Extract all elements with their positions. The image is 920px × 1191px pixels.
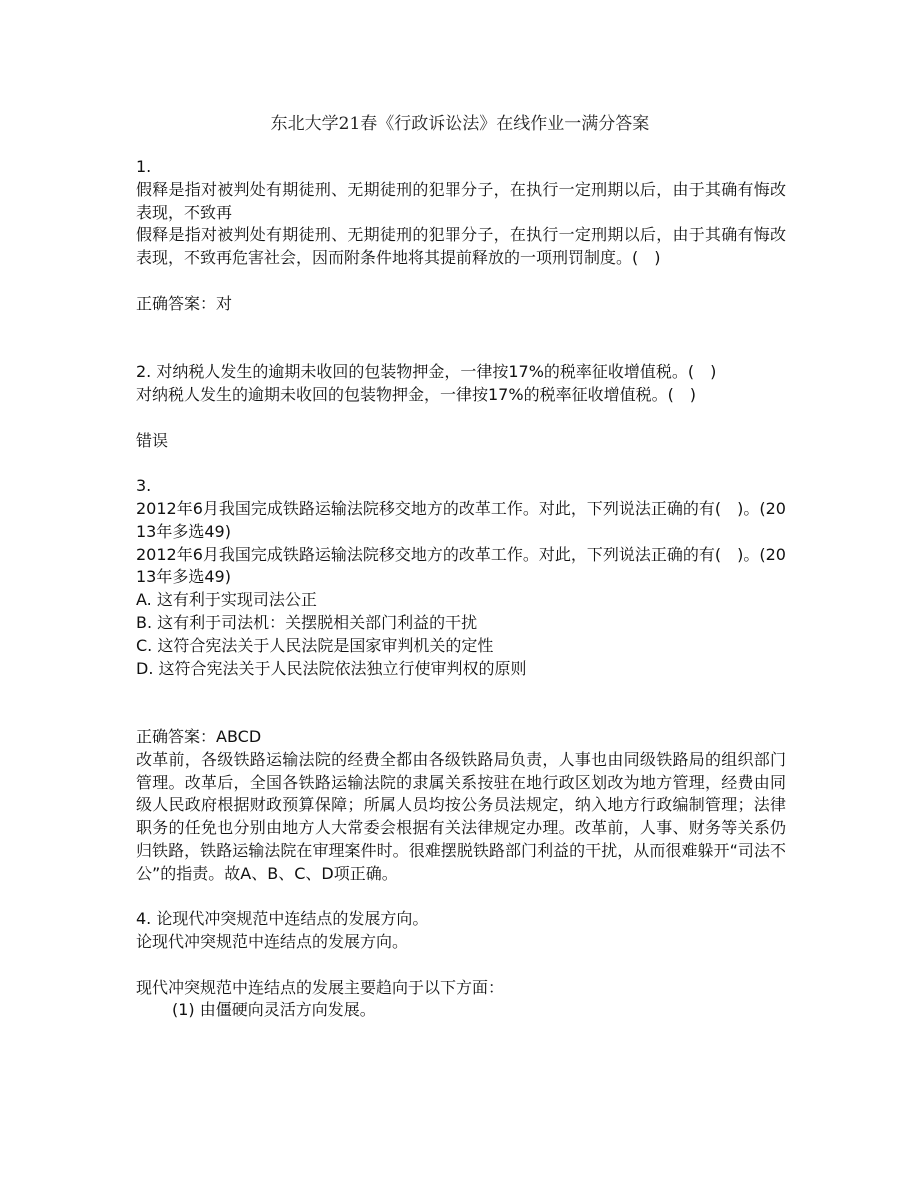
question-4-stem: 4. 论现代冲突规范中连结点的发展方向。	[136, 908, 786, 931]
question-1-stem-short: 假释是指对被判处有期徒刑、无期徒刑的犯罪分子，在执行一定刑期以后，由于其确有悔改…	[136, 179, 786, 225]
question-1-answer: 正确答案：对	[136, 293, 786, 316]
question-3-option-a: A. 这有利于实现司法公正	[136, 589, 786, 612]
question-3-stem-short: 2012年6月我国完成铁路运输法院移交地方的改革工作。对此，下列说法正确的有( …	[136, 498, 786, 544]
question-4-stem-full: 论现代冲突规范中连结点的发展方向。	[136, 931, 786, 954]
question-3-option-d: D. 这符合宪法关于人民法院依法独立行使审判权的原则	[136, 658, 786, 681]
question-3-option-b: B. 这有利于司法机：关摆脱相关部门利益的干扰	[136, 612, 786, 635]
question-2-stem-full: 对纳税人发生的逾期未收回的包装物押金，一律按17%的税率征收增值税。( )	[136, 384, 786, 407]
question-1-stem-full: 假释是指对被判处有期徒刑、无期徒刑的犯罪分子，在执行一定刑期以后，由于其确有悔改…	[136, 224, 786, 270]
question-2-stem: 2. 对纳税人发生的逾期未收回的包装物押金，一律按17%的税率征收增值税。( )	[136, 361, 786, 384]
question-1-number: 1.	[136, 156, 786, 179]
question-3-stem-full: 2012年6月我国完成铁路运输法院移交地方的改革工作。对此，下列说法正确的有( …	[136, 544, 786, 590]
question-3-answer: 正确答案：ABCD	[136, 726, 786, 749]
question-2-answer: 错误	[136, 430, 786, 453]
document-page: 东北大学21春《行政诉讼法》在线作业一满分答案 1. 假释是指对被判处有期徒刑、…	[0, 0, 920, 1191]
document-title: 东北大学21春《行政诉讼法》在线作业一满分答案	[0, 109, 920, 134]
question-4-answer-point-1: (1) 由僵硬向灵活方向发展。	[136, 999, 786, 1022]
question-3-number: 3.	[136, 475, 786, 498]
question-4-answer-intro: 现代冲突规范中连结点的发展主要趋向于以下方面：	[136, 977, 786, 1000]
question-3-option-c: C. 这符合宪法关于人民法院是国家审判机关的定性	[136, 635, 786, 658]
question-3-explanation: 改革前，各级铁路运输法院的经费全都由各级铁路局负责，人事也由同级铁路局的组织部门…	[136, 749, 786, 886]
document-body: 1. 假释是指对被判处有期徒刑、无期徒刑的犯罪分子，在执行一定刑期以后，由于其确…	[136, 156, 786, 1022]
